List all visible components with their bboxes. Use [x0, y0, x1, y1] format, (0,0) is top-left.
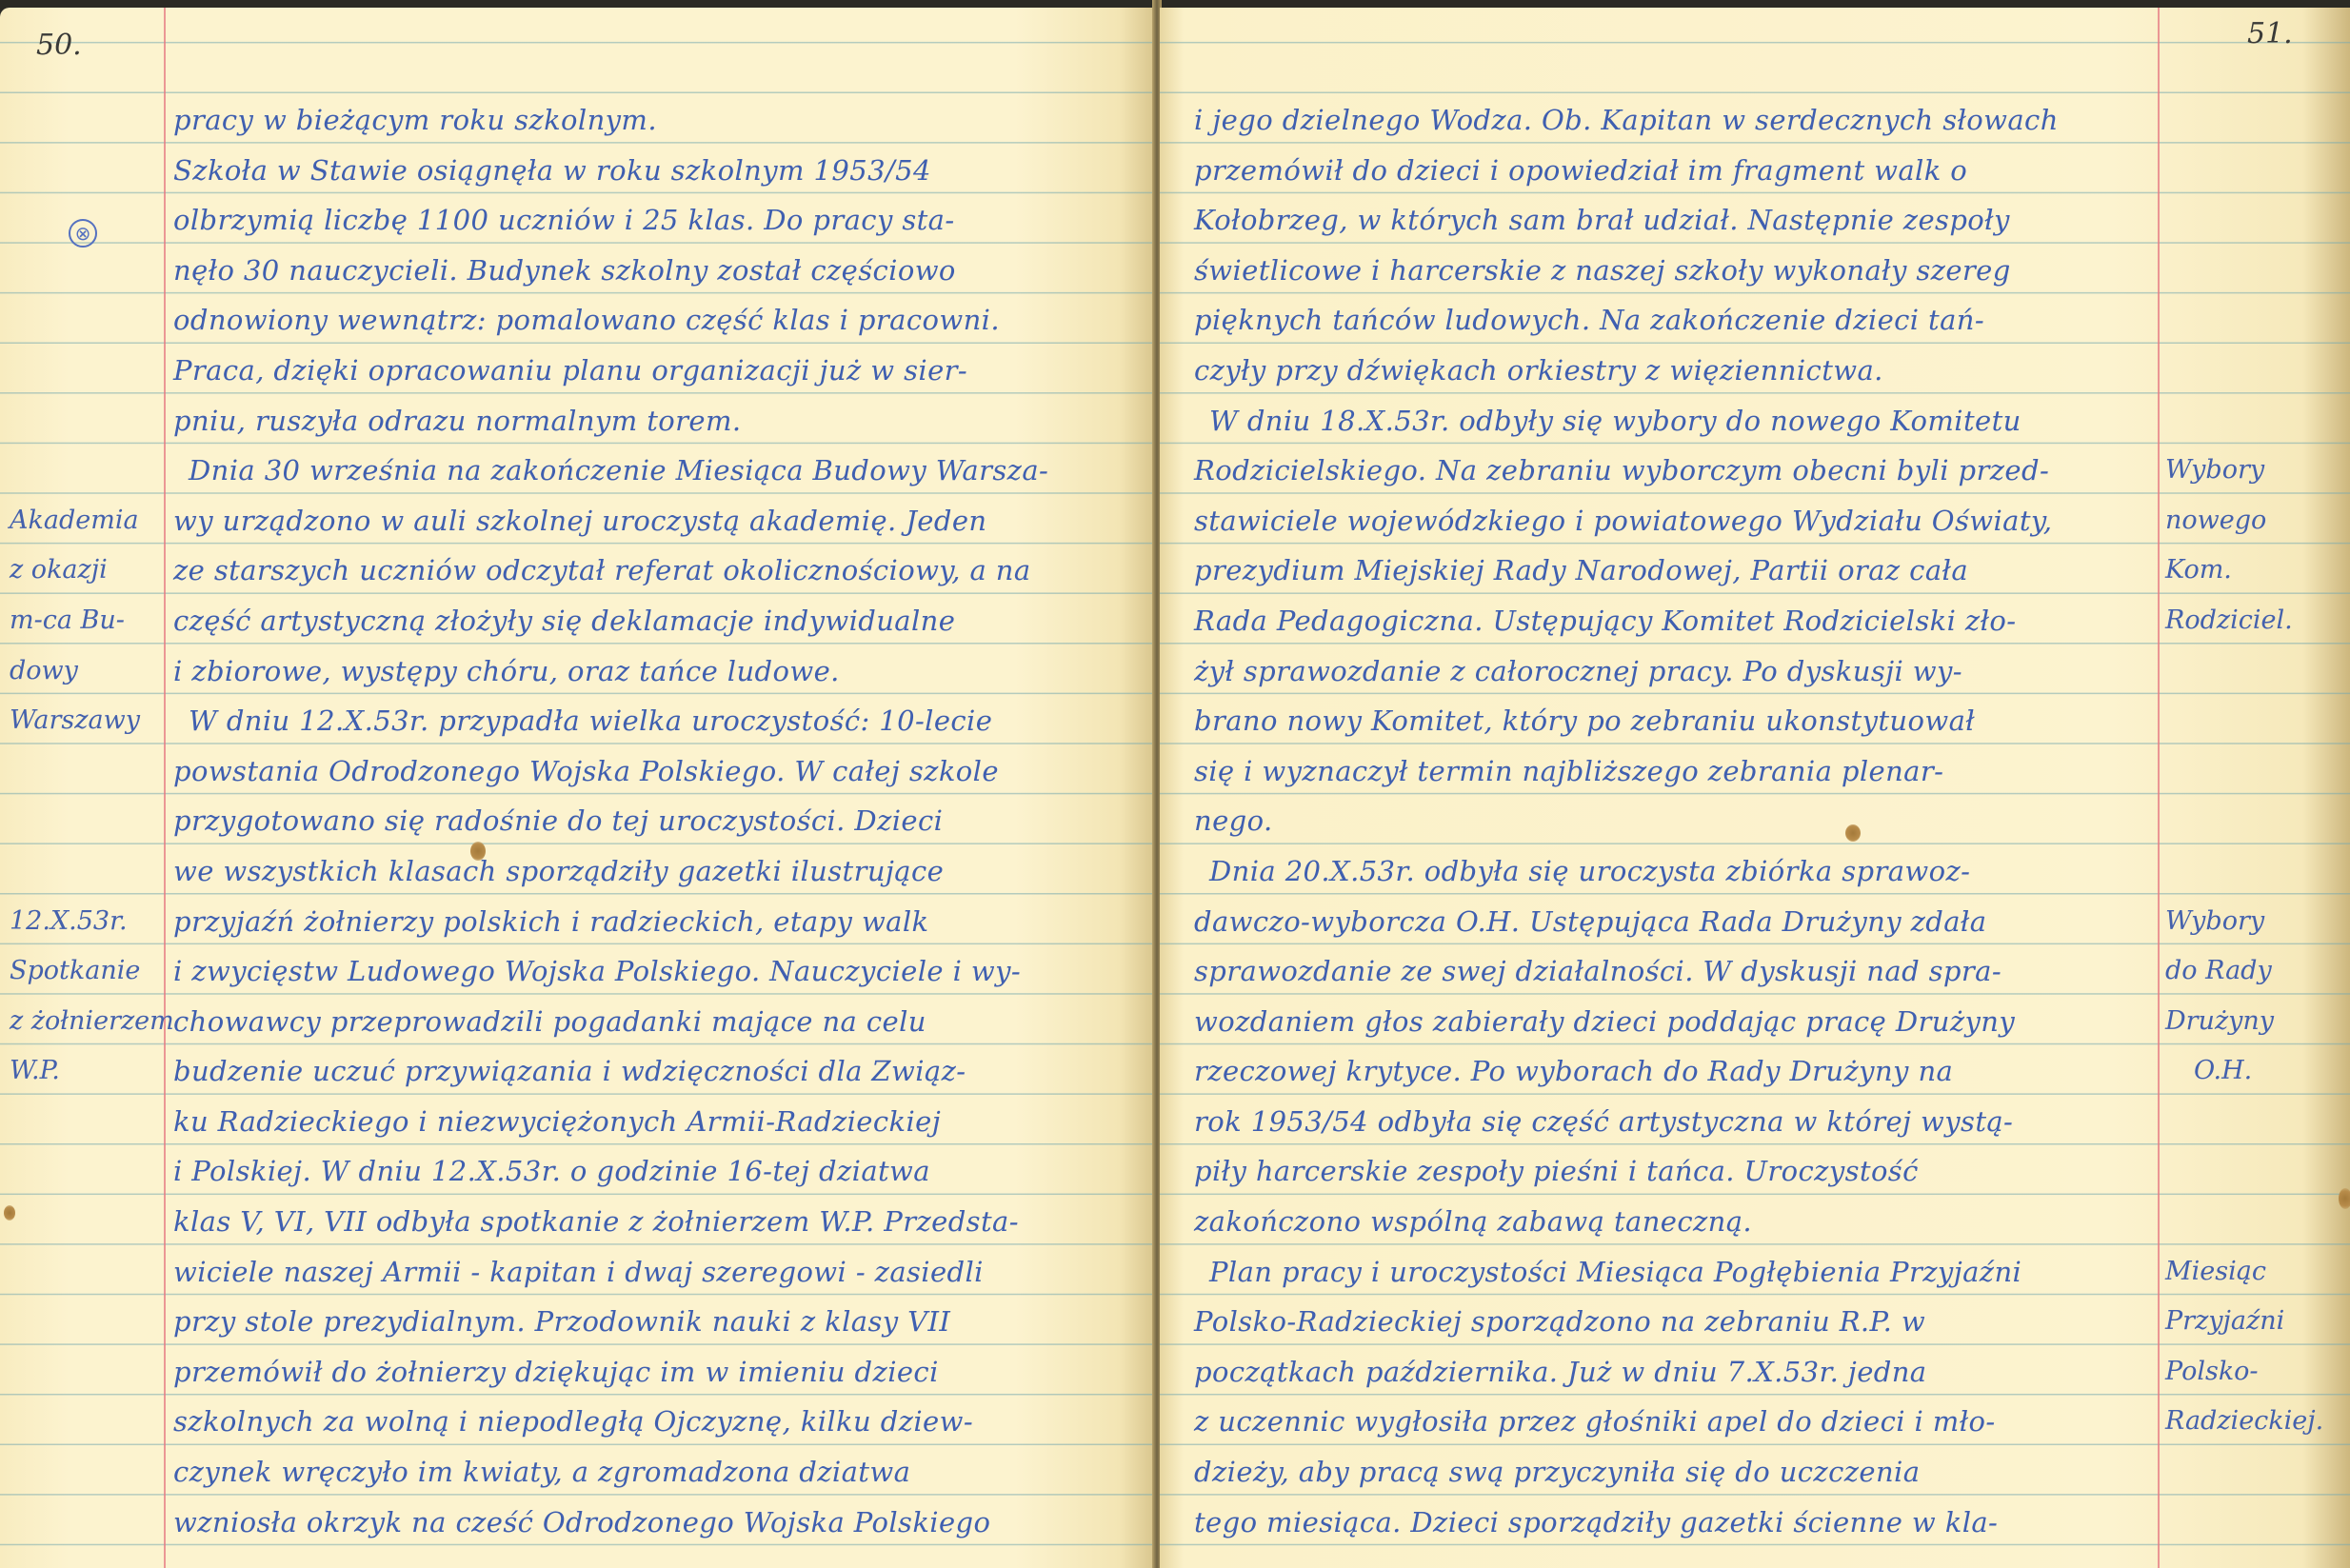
text-line: budzenie uczuć przywiązania i wdzięcznoś… [173, 1046, 1048, 1097]
text-line: czyły przy dźwiękach orkiestry z więzien… [1194, 346, 2059, 396]
margin-note: Wybory [2165, 446, 2323, 496]
text-line: powstania Odrodzonego Wojska Polskiego. … [173, 746, 1048, 797]
text-line: początkach października. Już w dniu 7.X.… [1194, 1347, 2059, 1398]
text-line: świetlicowe i harcerskie z naszej szkoły… [1194, 246, 2059, 296]
text-line: rzeczowej krytyce. Po wyborach do Rady D… [1194, 1046, 2059, 1097]
notebook-spread: 50. ⊗ Akademia z okazji m-ca Bu- dowy Wa… [0, 0, 2350, 1568]
margin-note: Polsko- [2165, 1347, 2323, 1398]
text-line: Dnia 20.X.53r. odbyła się uroczysta zbió… [1194, 846, 2059, 897]
text-line: Plan pracy i uroczystości Miesiąca Pogłę… [1194, 1247, 2059, 1298]
page-number: 51. [2247, 17, 2293, 50]
text-line: nęło 30 nauczycieli. Budynek szkolny zos… [173, 246, 1048, 296]
ink-stain [2339, 1188, 2350, 1209]
margin-note: Radzieckiej. [2165, 1397, 2323, 1447]
text-line: i zwycięstw Ludowego Wojska Polskiego. N… [173, 946, 1048, 997]
text-line: ze starszych uczniów odczytał referat ok… [173, 546, 1048, 596]
text-line: stawiciele wojewódzkiego i powiatowego W… [1194, 496, 2059, 546]
text-line: rok 1953/54 odbyła się część artystyczna… [1194, 1097, 2059, 1147]
right-page: 51. i jego dzielnego Wodza. Ob. Kapitan … [1160, 8, 2350, 1568]
text-line: Dnia 30 września na zakończenie Miesiąca… [173, 446, 1048, 496]
margin-note: Rodziciel. [2165, 596, 2323, 646]
ink-stain [4, 1205, 15, 1221]
margin-note: do Rady [2165, 946, 2323, 997]
margin-note: m-ca Bu- [10, 596, 174, 646]
page-number: 50. [36, 29, 82, 62]
margin-note: 12.X.53r. [10, 897, 174, 947]
text-line: Polsko-Radzieckiej sporządzono na zebran… [1194, 1297, 2059, 1347]
text-line: piły harcerskie zespoły pieśni i tańca. … [1194, 1146, 2059, 1197]
text-line: pniu, ruszyła odrazu normalnym torem. [173, 396, 1048, 447]
text-line: i Polskiej. W dniu 12.X.53r. o godzinie … [173, 1146, 1048, 1197]
text-line: dzieży, aby pracą swą przyczyniła się do… [1194, 1447, 2059, 1498]
text-line: z uczennic wygłosiła przez głośniki apel… [1194, 1397, 2059, 1447]
text-line: przygotowano się radośnie do tej uroczys… [173, 796, 1048, 846]
margin-note: dowy [10, 646, 174, 697]
red-margin-line [2158, 8, 2160, 1568]
left-margin-notes: Akademia z okazji m-ca Bu- dowy Warszawy… [10, 95, 174, 1097]
text-line: Rada Pedagogiczna. Ustępujący Komitet Ro… [1194, 596, 2059, 646]
text-line: i zbiorowe, występy chóru, oraz tańce lu… [173, 646, 1048, 697]
margin-note: Wybory [2165, 897, 2323, 947]
text-line: chowawcy przeprowadzili pogadanki mające… [173, 997, 1048, 1047]
text-line: przemówił do dzieci i opowiedział im fra… [1194, 146, 2059, 196]
text-line: odnowiony wewnątrz: pomalowano część kla… [173, 295, 1048, 346]
text-line: Szkoła w Stawie osiągnęła w roku szkolny… [173, 146, 1048, 196]
right-margin-notes: Wybory nowego Kom. Rodziciel. Wybory do … [2165, 95, 2323, 1447]
text-line: Rodzicielskiego. Na zebraniu wyborczym o… [1194, 446, 2059, 496]
margin-note: Drużyny [2165, 997, 2323, 1047]
text-line: zakończono wspólną zabawą taneczną. [1194, 1197, 2059, 1247]
margin-note: O.H. [2165, 1046, 2323, 1097]
text-line: przemówił do żołnierzy dziękując im w im… [173, 1347, 1048, 1398]
margin-note: z okazji [10, 546, 174, 596]
left-page-text: pracy w bieżącym roku szkolnym. Szkoła w… [173, 95, 1048, 1547]
text-line: przy stole prezydialnym. Przodownik nauk… [173, 1297, 1048, 1347]
margin-note: z żołnierzem [10, 997, 174, 1047]
text-line: czynek wręczyło im kwiaty, a zgromadzona… [173, 1447, 1048, 1498]
text-line: we wszystkich klasach sporządziły gazetk… [173, 846, 1048, 897]
margin-note: Akademia [10, 496, 174, 546]
text-line: pracy w bieżącym roku szkolnym. [173, 95, 1048, 146]
text-line: wy urządzono w auli szkolnej uroczystą a… [173, 496, 1048, 546]
text-line: i jego dzielnego Wodza. Ob. Kapitan w se… [1194, 95, 2059, 146]
text-line: klas V, VI, VII odbyła spotkanie z żołni… [173, 1197, 1048, 1247]
text-line: prezydium Miejskiej Rady Narodowej, Part… [1194, 546, 2059, 596]
text-line: część artystyczną złożyły się deklamacje… [173, 596, 1048, 646]
text-line: olbrzymią liczbę 1100 uczniów i 25 klas.… [173, 195, 1048, 246]
margin-note: Przyjaźni [2165, 1297, 2323, 1347]
text-line: pięknych tańców ludowych. Na zakończenie… [1194, 295, 2059, 346]
margin-note: Kom. [2165, 546, 2323, 596]
right-page-text: i jego dzielnego Wodza. Ob. Kapitan w se… [1194, 95, 2059, 1547]
text-line: Kołobrzeg, w których sam brał udział. Na… [1194, 195, 2059, 246]
margin-note: Miesiąc [2165, 1247, 2323, 1298]
margin-note: Warszawy [10, 696, 174, 746]
text-line: przyjaźń żołnierzy polskich i radzieckic… [173, 897, 1048, 947]
text-line: wzniosła okrzyk na cześć Odrodzonego Woj… [173, 1498, 1048, 1548]
text-line: ku Radzieckiego i niezwyciężonych Armii-… [173, 1097, 1048, 1147]
margin-note: Spotkanie [10, 946, 174, 997]
margin-note: W.P. [10, 1046, 174, 1097]
text-line: szkolnych za wolną i niepodległą Ojczyzn… [173, 1397, 1048, 1447]
left-page: 50. ⊗ Akademia z okazji m-ca Bu- dowy Wa… [0, 8, 1154, 1568]
text-line: wozdaniem głos zabierały dzieci poddając… [1194, 997, 2059, 1047]
text-line: W dniu 12.X.53r. przypadła wielka uroczy… [173, 696, 1048, 746]
text-line: W dniu 18.X.53r. odbyły się wybory do no… [1194, 396, 2059, 447]
text-line: sprawozdanie ze swej działalności. W dys… [1194, 946, 2059, 997]
text-line: wiciele naszej Armii - kapitan i dwaj sz… [173, 1247, 1048, 1298]
text-line: się i wyznaczył termin najbliższego zebr… [1194, 746, 2059, 797]
text-line: Praca, dzięki opracowaniu planu organiza… [173, 346, 1048, 396]
text-line: dawczo-wyborcza O.H. Ustępująca Rada Dru… [1194, 897, 2059, 947]
text-line: brano nowy Komitet, który po zebraniu uk… [1194, 696, 2059, 746]
text-line: nego. [1194, 796, 2059, 846]
text-line: żył sprawozdanie z całorocznej pracy. Po… [1194, 646, 2059, 697]
text-line: tego miesiąca. Dzieci sporządziły gazetk… [1194, 1498, 2059, 1548]
margin-note: nowego [2165, 496, 2323, 546]
